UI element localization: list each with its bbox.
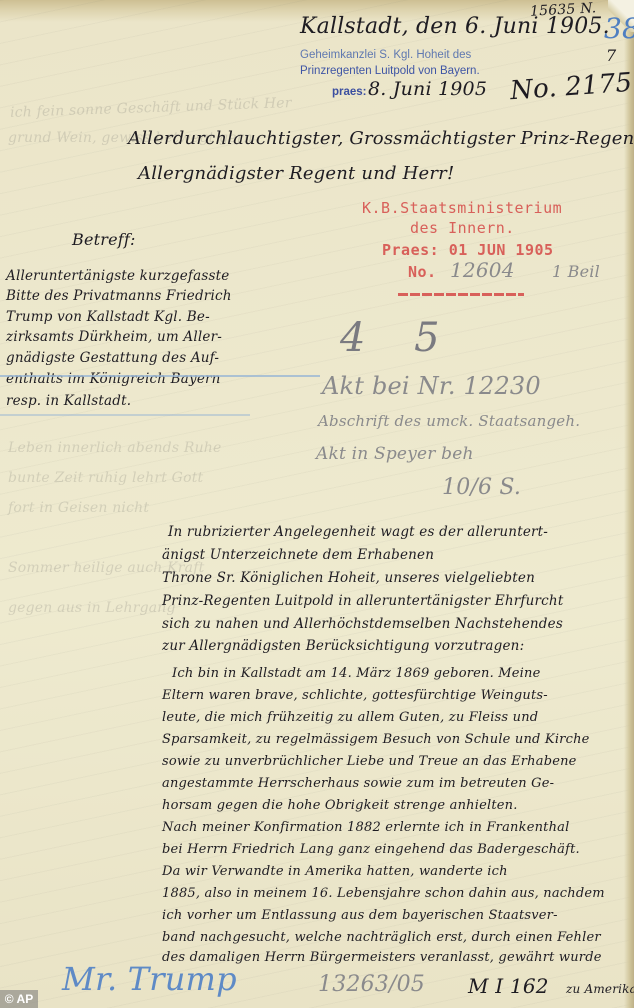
salutation-line2: Allergnädigster Regent und Herr!: [138, 163, 454, 184]
body-line: horsam gegen die hohe Obrigkeit strenge …: [162, 798, 518, 813]
body-line: zur Allergnädigsten Berücksichtigung vor…: [162, 638, 524, 654]
pencil-annotation-line4: 10/6 S.: [442, 475, 521, 500]
photo-credit: © AP: [0, 990, 38, 1008]
subject-line: Bitte des Privatmanns Friedrich: [6, 288, 232, 304]
ministry-stamp-line1: K.B.Staatsministerium: [362, 198, 562, 219]
document-page: ich fein sonne Geschäft und Stück Her gr…: [0, 0, 634, 1008]
ministry-stamp-number: 12604: [450, 258, 515, 282]
body-line: leute, die mich frühzeitig zu allem Gute…: [162, 710, 538, 725]
blue-pencil-mark: [0, 375, 320, 377]
body-line: Nach meiner Konfirmation 1882 erlernte i…: [162, 820, 569, 835]
subject-line: resp. in Kallstadt.: [6, 393, 131, 409]
subject-line: Trump von Kallstadt Kgl. Be-: [6, 309, 210, 325]
body-line: sowie zu unverbrüchlicher Liebe und Treu…: [162, 754, 577, 769]
body-line: 1885, also in meinem 16. Lebensjahre sch…: [162, 886, 605, 901]
subject-line: enthalts im Königreich Bayern: [6, 371, 221, 387]
pencil-annotation-line2: Abschrift des umck. Staatsangeh.: [318, 412, 580, 430]
ministry-stamp-underline: [398, 293, 524, 296]
body-line: Ich bin in Kallstadt am 14. März 1869 ge…: [172, 666, 541, 681]
body-line: Throne Sr. Königlichen Hoheit, unseres v…: [162, 570, 535, 586]
pencil-numbers: 4 5: [340, 315, 458, 361]
praes-date: 8. Juni 1905: [368, 78, 487, 100]
body-line: Prinz-Regenten Luitpold in alleruntertän…: [162, 593, 563, 609]
blue-pencil-mark: [0, 414, 250, 416]
body-line: sich zu nahen und Allerhöchstdemselben N…: [162, 616, 563, 632]
ministry-stamp-line2: des Innern.: [410, 218, 515, 239]
bleed-through-text: fort in Geisen nicht: [8, 500, 149, 516]
attachment-note: 1 Beil: [552, 262, 600, 281]
chancellery-stamp-line1: Geheimkanzlei S. Kgl. Hoheit des: [300, 48, 471, 63]
body-line: Sparsamkeit, zu regelmässigem Besuch von…: [162, 732, 590, 747]
folio-sub-number: 7: [606, 46, 616, 65]
pencil-file-number: 13263/05: [318, 972, 425, 997]
subject-line: zirksamts Dürkheim, um Aller-: [6, 329, 222, 345]
body-line: In rubrizierter Angelegenheit wagt es de…: [168, 524, 548, 540]
chancellery-stamp-line2: Prinzregenten Luitpold von Bayern.: [300, 64, 480, 79]
ministry-stamp-number-label: No.: [408, 262, 437, 283]
praes-label: praes:: [332, 85, 367, 100]
reference-note: zu Amerika: [566, 982, 634, 996]
salutation-line1: Allerdurchlauchtigster, Grossmächtigster…: [128, 128, 634, 149]
place-date: Kallstadt, den 6. Juni 1905.: [300, 14, 610, 39]
body-line: änigst Unterzeichnete dem Erhabenen: [162, 547, 434, 563]
registration-number: No. 2175: [509, 68, 633, 106]
body-line: band nachgesucht, welche nachträglich er…: [162, 930, 601, 945]
body-line: Eltern waren brave, schlichte, gottesfür…: [162, 688, 548, 703]
body-line: ich vorher um Entlassung aus dem bayeris…: [162, 908, 558, 923]
pencil-annotation-line1: Akt bei Nr. 12230: [322, 372, 541, 400]
reference-number: M I 162: [468, 974, 549, 998]
bleed-through-text: bunte Zeit ruhig lehrt Gott: [8, 470, 203, 486]
bleed-through-text: ich fein sonne Geschäft und Stück Her: [10, 95, 292, 121]
folio-number: 38: [604, 12, 634, 45]
blue-pencil-signature: Mr. Trump: [62, 960, 237, 998]
body-line: angestammte Herrscherhaus sowie zum im b…: [162, 776, 554, 791]
body-line: Da wir Verwandte in Amerika hatten, wand…: [162, 864, 508, 879]
pencil-annotation-line3: Akt in Speyer beh: [316, 444, 474, 464]
bleed-through-text: Leben innerlich abends Ruhe: [8, 440, 222, 456]
subject-label: Betreff:: [72, 230, 136, 249]
subject-line: gnädigste Gestattung des Auf-: [6, 350, 219, 366]
subject-line: Alleruntertänigste kurzgefasste: [6, 268, 229, 284]
bleed-through-text: gegen aus in Lehrgang: [8, 600, 176, 616]
paper-edge-shadow: [624, 0, 634, 1008]
body-line: bei Herrn Friedrich Lang ganz eingehend …: [162, 842, 580, 857]
